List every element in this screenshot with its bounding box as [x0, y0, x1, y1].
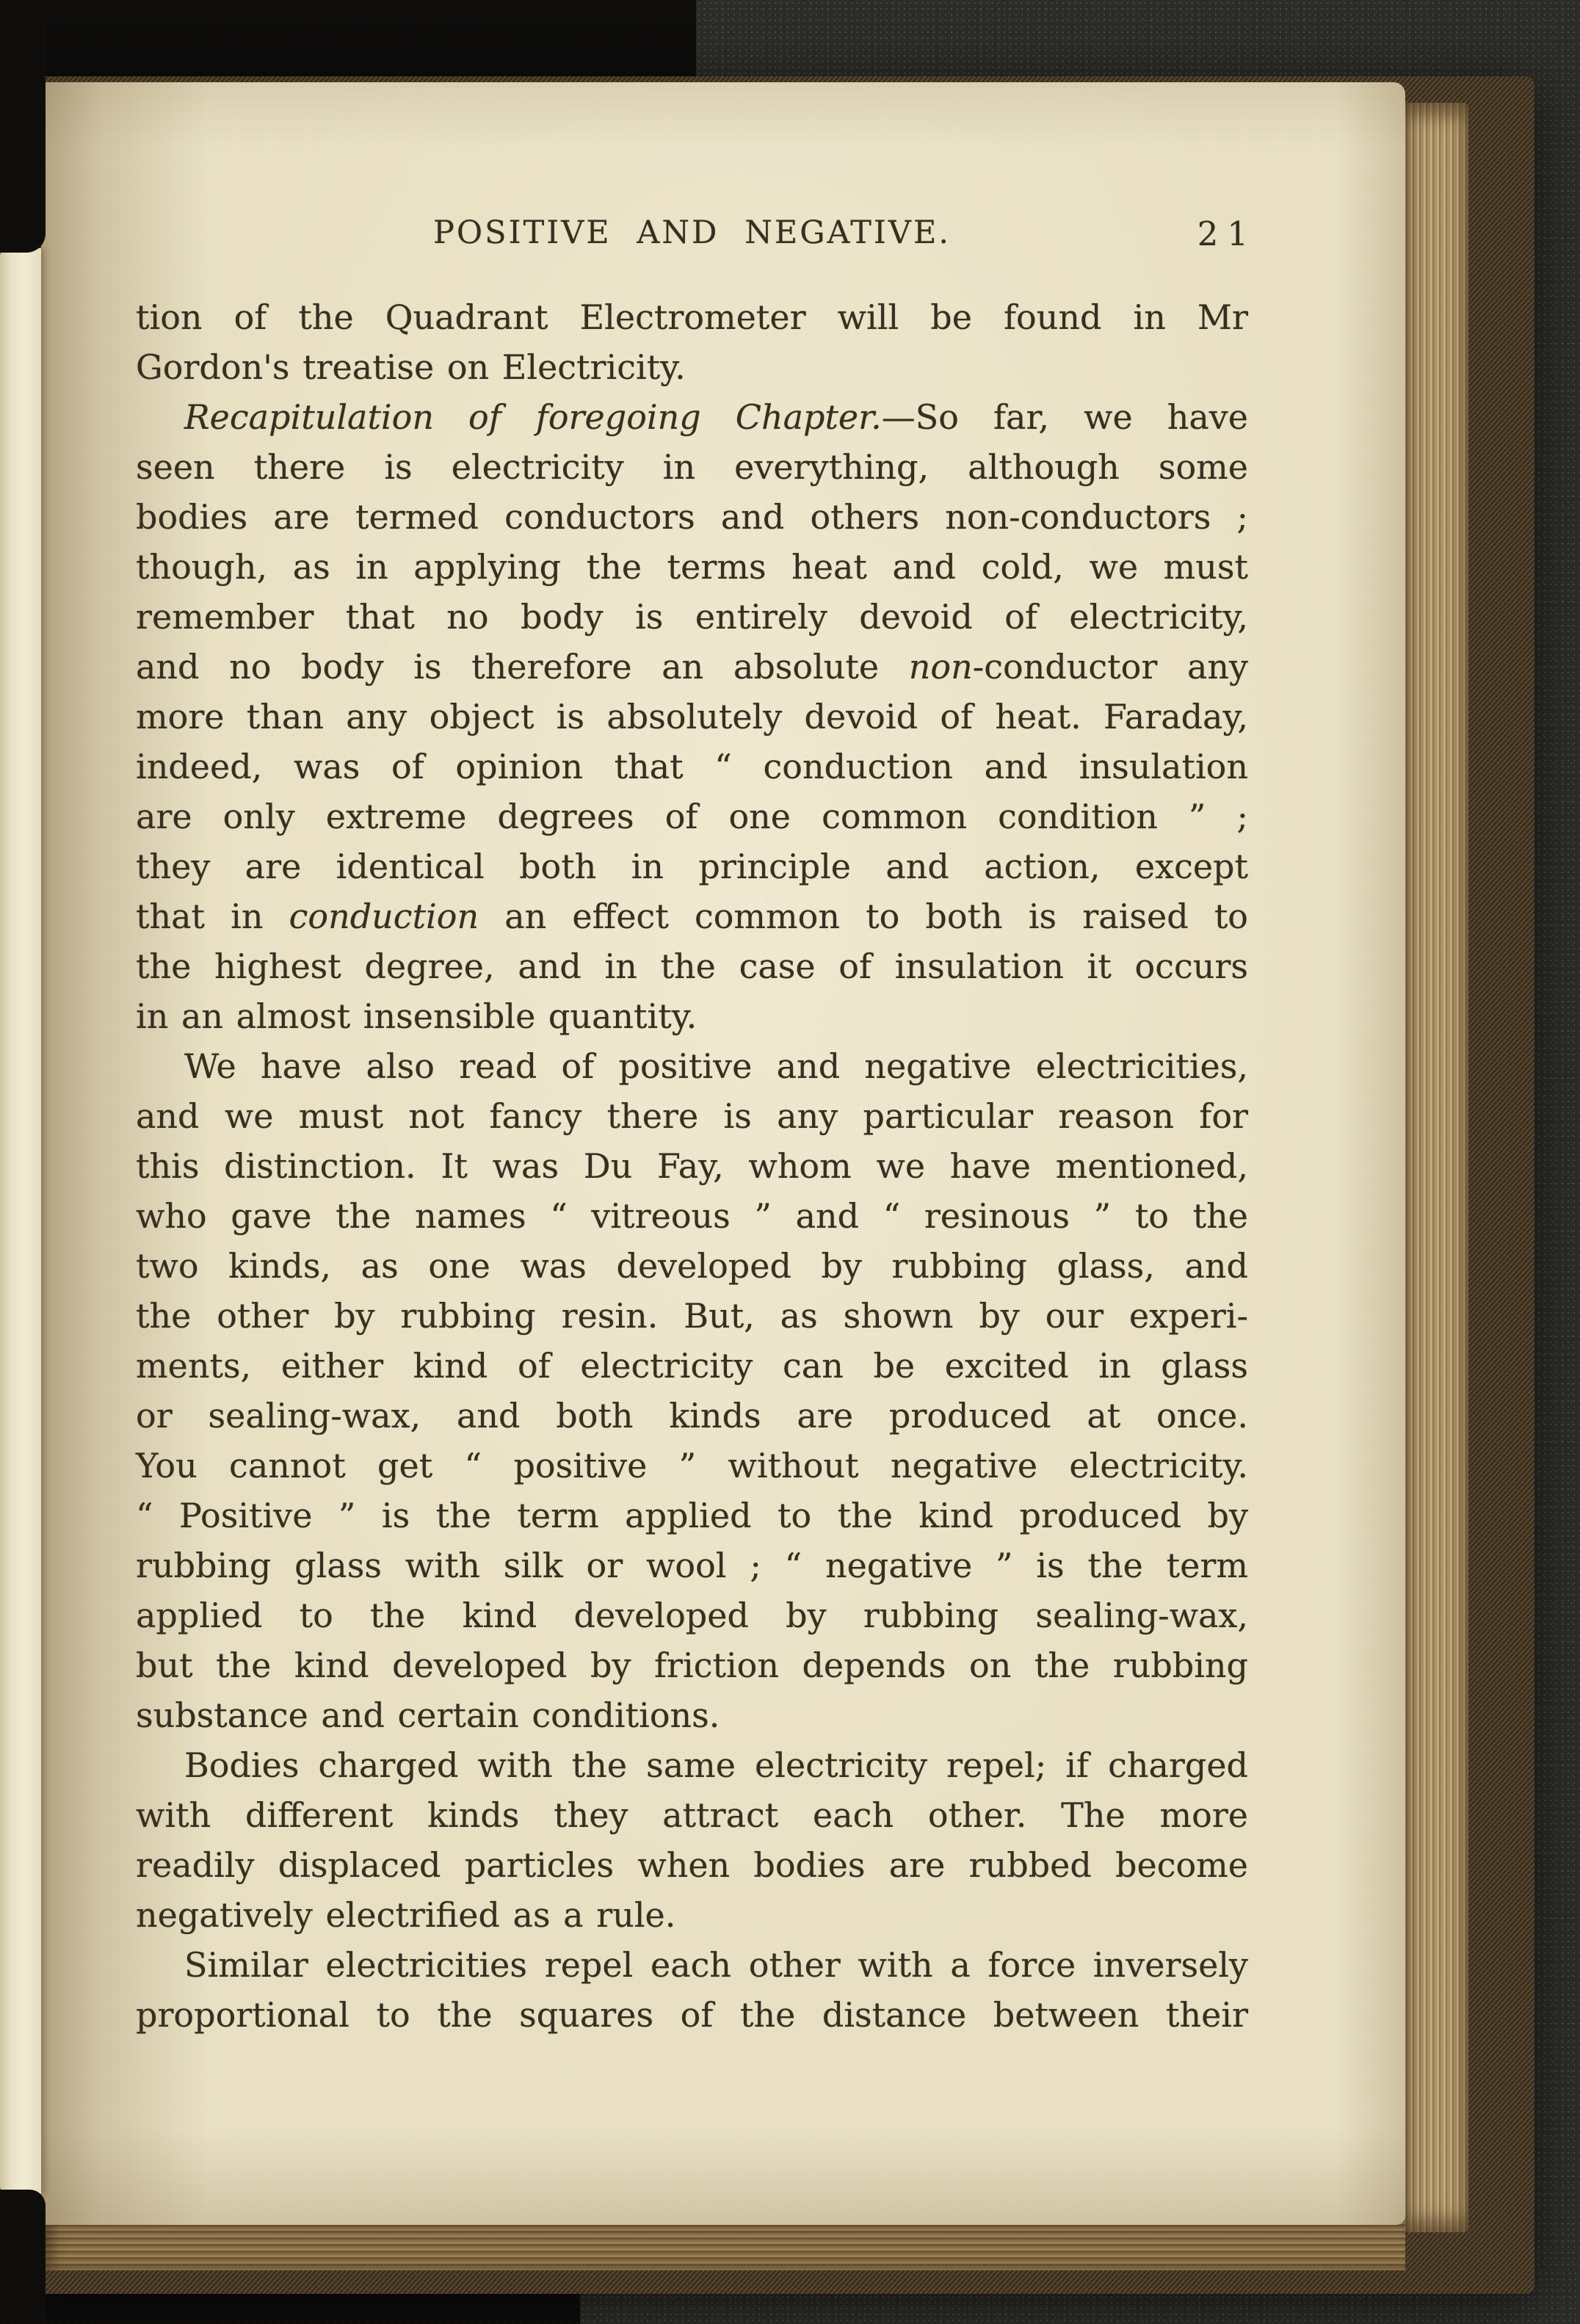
text-line: and we must not fancy there is any parti…: [136, 1091, 1248, 1141]
text-line: that in conduction an effect common to b…: [136, 891, 1248, 941]
text-line: or sealing-wax, and both kinds are produ…: [136, 1391, 1248, 1441]
book-page: POSITIVE AND NEGATIVE. 21 tion of the Qu…: [41, 82, 1405, 2225]
text-line: they are identical both in principle and…: [136, 841, 1248, 891]
text-line: though, as in applying the terms heat an…: [136, 542, 1248, 592]
text-line: Recapitulation of foregoing Chapter.—So …: [136, 392, 1248, 442]
text-line: and no body is therefore an absolute non…: [136, 642, 1248, 692]
page-content: POSITIVE AND NEGATIVE. 21 tion of the Qu…: [136, 214, 1248, 2040]
paragraph: We have also read of positive and negati…: [136, 1041, 1248, 1740]
page-number: 21: [1197, 216, 1257, 253]
text-line: substance and certain conditions.: [136, 1690, 1248, 1740]
paragraph: Recapitulation of foregoing Chapter.—So …: [136, 392, 1248, 1041]
text-line: the highest degree, and in the case of i…: [136, 941, 1248, 991]
text-line: You cannot get “ positive ” without nega…: [136, 1441, 1248, 1491]
text-line: two kinds, as one was developed by rubbi…: [136, 1241, 1248, 1291]
text-line: in an almost insensible quantity.: [136, 991, 1248, 1041]
text-line: proportional to the squares of the dista…: [136, 1990, 1248, 2040]
text-line: this distinction. It was Du Fay, whom we…: [136, 1141, 1248, 1191]
text-line: readily displaced particles when bodies …: [136, 1840, 1248, 1890]
text-line: ments, either kind of electricity can be…: [136, 1341, 1248, 1391]
text-line: rubbing glass with silk or wool ; “ nega…: [136, 1541, 1248, 1590]
header-title: POSITIVE AND NEGATIVE.: [433, 214, 951, 251]
paragraph: Bodies charged with the same electricity…: [136, 1740, 1248, 1940]
text-body: tion of the Quadrant Electrometer will b…: [136, 292, 1248, 2040]
text-line: the other by rubbing resin. But, as show…: [136, 1291, 1248, 1341]
page-stack-edge-bottom: [43, 2222, 1405, 2270]
text-line: indeed, was of opinion that “ conduction…: [136, 742, 1248, 792]
paragraph: Similar electricities repel each other w…: [136, 1940, 1248, 2040]
text-line: but the kind developed by friction depen…: [136, 1640, 1248, 1690]
text-line: more than any object is absolutely devoi…: [136, 692, 1248, 742]
text-line: Bodies charged with the same electricity…: [136, 1740, 1248, 1790]
text-line: who gave the names “ vitreous ” and “ re…: [136, 1191, 1248, 1241]
text-line: applied to the kind developed by rubbing…: [136, 1590, 1248, 1640]
text-line: are only extreme degrees of one common c…: [136, 792, 1248, 841]
paragraph: tion of the Quadrant Electrometer will b…: [136, 292, 1248, 392]
text-line: Gordon's treatise on Electricity.: [136, 342, 1248, 392]
text-line: bodies are termed conductors and others …: [136, 492, 1248, 542]
photo-background: { "page": { "header": { "title": "POSITI…: [0, 0, 1580, 2324]
shadow-bottom-left: [0, 2190, 46, 2324]
previous-page-edge: [0, 248, 41, 2194]
text-line: “ Positive ” is the term applied to the …: [136, 1491, 1248, 1541]
running-header: POSITIVE AND NEGATIVE. 21: [136, 214, 1248, 251]
text-line: Similar electricities repel each other w…: [136, 1940, 1248, 1990]
text-line: We have also read of positive and negati…: [136, 1041, 1248, 1091]
text-line: with different kinds they attract each o…: [136, 1790, 1248, 1840]
text-line: tion of the Quadrant Electrometer will b…: [136, 292, 1248, 342]
text-line: seen there is electricity in everything,…: [136, 442, 1248, 492]
text-line: remember that no body is entirely devoid…: [136, 592, 1248, 642]
page-stack-edge-right: [1404, 103, 1468, 2232]
text-line: negatively electrified as a rule.: [136, 1890, 1248, 1940]
shadow-top-left: [0, 0, 46, 253]
